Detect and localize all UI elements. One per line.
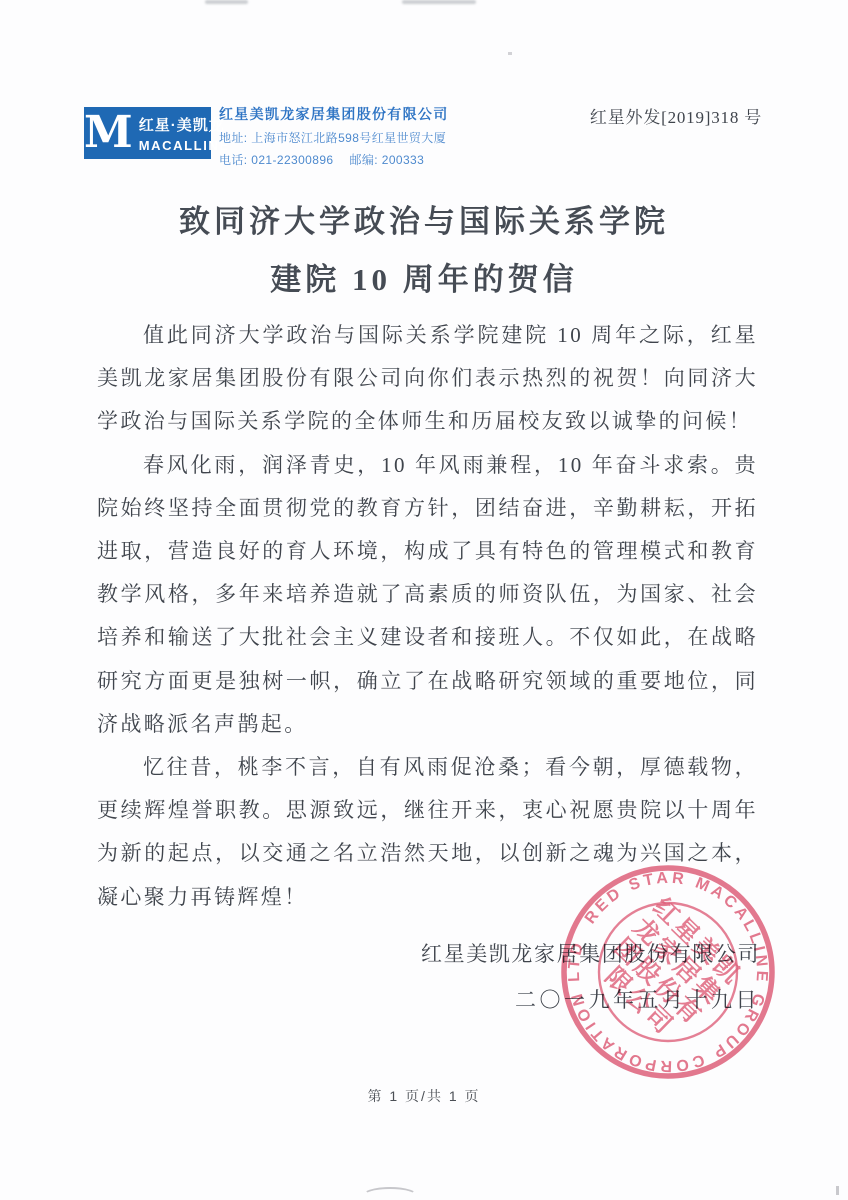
company-info: 红星美凯龙家居集团股份有限公司 地址: 上海市怒江北路598号红星世贸大厦 电话… xyxy=(219,104,449,168)
signature-company: 红星美凯龙家居集团股份有限公司 xyxy=(421,931,760,977)
scanned-letter-page: M 红星·美凯龙 MACALLINE 红星美凯龙家居集团股份有限公司 地址: 上… xyxy=(0,0,848,1200)
letter-body: 值此同济大学政治与国际关系学院建院 10 周年之际，红星美凯龙家居集团股份有限公… xyxy=(97,314,758,919)
logo-monogram-icon: M xyxy=(84,107,133,159)
letter-title-line2: 建院 10 周年的贺信 xyxy=(0,251,848,309)
document-number: 红星外发[2019]318 号 xyxy=(590,103,762,128)
paragraph: 值此同济大学政治与国际关系学院建院 10 周年之际，红星美凯龙家居集团股份有限公… xyxy=(97,314,758,444)
letter-title-line1: 致同济大学政治与国际关系学院 xyxy=(0,193,848,251)
scan-artifact xyxy=(508,52,512,55)
brand-name-cn: 红星·美凯龙 xyxy=(139,114,230,135)
company-logo: M 红星·美凯龙 MACALLINE xyxy=(84,107,211,159)
company-contact: 电话: 021-22300896 邮编: 200333 xyxy=(219,151,449,168)
logo-wordmark: 红星·美凯龙 MACALLINE xyxy=(133,107,230,159)
company-name: 红星美凯龙家居集团股份有限公司 xyxy=(219,104,449,124)
scan-artifact xyxy=(836,1186,839,1195)
scan-artifact xyxy=(362,1187,418,1200)
brand-name-en: MACALLINE xyxy=(139,138,230,153)
paragraph: 春风化雨，润泽青史，10 年风雨兼程，10 年奋斗求索。贵院始终坚持全面贯彻党的… xyxy=(97,444,758,746)
company-phone: 电话: 021-22300896 xyxy=(219,151,333,168)
letter-title: 致同济大学政治与国际关系学院 建院 10 周年的贺信 xyxy=(0,193,848,309)
company-postcode: 邮编: 200333 xyxy=(349,151,424,168)
signature-block: 红星美凯龙家居集团股份有限公司 二〇一九年五月十九日 xyxy=(421,931,760,1023)
scan-artifact xyxy=(402,0,476,4)
signature-date: 二〇一九年五月十九日 xyxy=(421,977,760,1023)
company-address: 地址: 上海市怒江北路598号红星世贸大厦 xyxy=(219,129,449,146)
paragraph: 忆往昔，桃李不言，自有风雨促沧桑；看今朝，厚德载物，更续辉煌誉职教。思源致远，继… xyxy=(97,746,758,919)
page-number: 第 1 页/共 1 页 xyxy=(0,1086,848,1106)
scan-artifact xyxy=(205,0,248,4)
